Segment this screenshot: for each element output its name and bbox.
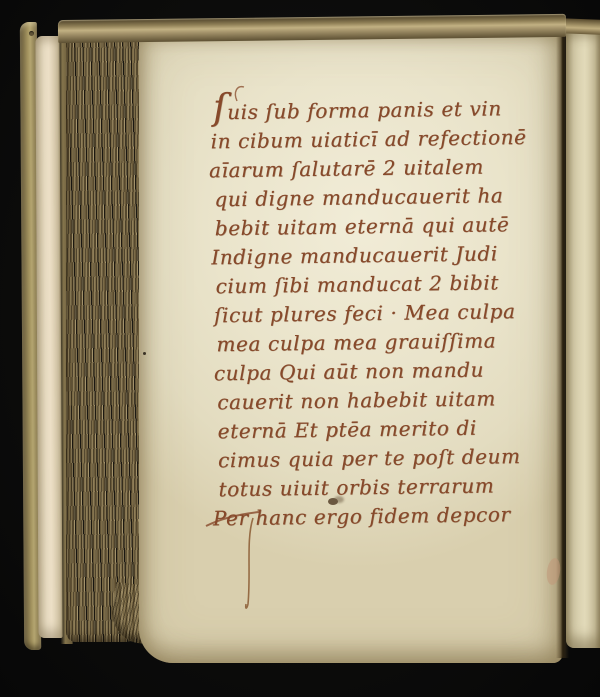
manuscript-line: bebit uitam eternā qui autē [215,210,545,244]
manuscript-line: cium ſibi manducat 2 bibit [215,268,545,302]
manuscript-line: ſuis ſub forma panis et vin [213,89,543,128]
facing-page-sliver [566,30,600,648]
page-fore-edges [66,26,150,642]
manuscript-line: cimus quia per te poſt deum [218,442,548,476]
page-speck [143,352,146,355]
manuscript-line: totus uiuit orbis terrarum [218,471,548,505]
manuscript-line: qui digne manducauerit ha [214,181,544,215]
ink-blot [328,498,338,505]
manuscript-line: aīarum ſalutarē 2 uitalem [209,152,544,186]
manuscript-photo: ſuis ſub forma panis et vin in cibum uia… [0,0,600,697]
cover-wormhole-mark [29,31,34,36]
manuscript-line: eternā Et ptēa merito di [217,413,547,447]
manuscript-text-block: ſuis ſub forma panis et vin in cibum uia… [213,89,549,534]
manuscript-line: Per hanc ergo fidem depcor [213,500,549,534]
manuscript-line: cauerit non habebit uitam [217,384,547,418]
manuscript-line: Indigne manducauerit Judi [211,239,545,273]
manuscript-line: mea culpa mea grauiſſima [216,326,546,360]
manuscript-line: in cibum uiaticī ad refectionē [210,123,543,157]
manuscript-line: culpa Qui aūt non mandu [214,355,547,389]
manuscript-line: ſicut plures feci · Mea culpa [214,297,546,331]
